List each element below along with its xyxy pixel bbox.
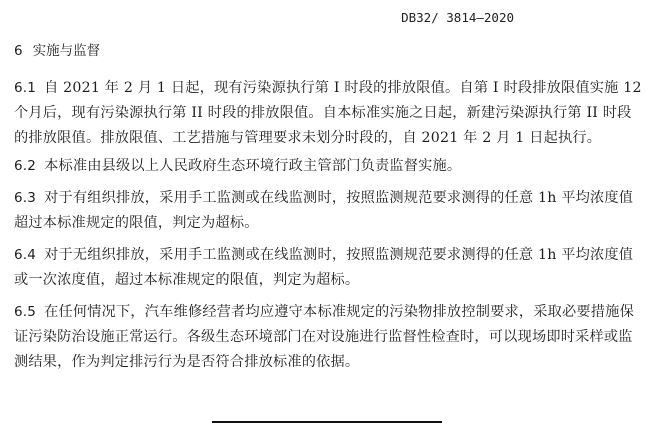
paragraph-6-2: 6.2本标准由县级以上人民政府生态环境行政主管部门负责监督实施。 (14, 154, 644, 179)
end-rule-divider (212, 421, 442, 423)
paragraph-6-5: 6.5在任何情况下，汽车维修经营者均应遵守本标准规定的污染物排放控制要求，采取必… (14, 300, 644, 375)
paragraph-text: 对于有组织排放，采用手工监测或在线监测时，按照监测规范要求测得的任意 1h 平均… (14, 190, 633, 231)
paragraph-text: 对于无组织排放，采用手工监测或在线监测时，按照监测规范要求测得的任意 1h 平均… (14, 247, 633, 288)
paragraph-text: 在任何情况下，汽车维修经营者均应遵守本标准规定的污染物排放控制要求，采取必要措施… (14, 304, 634, 370)
paragraph-text: 自 2021 年 2 月 1 日起，现有污染源执行第 I 时段的排放限值。自第 … (14, 80, 642, 146)
paragraph-6-3: 6.3对于有组织排放，采用手工监测或在线监测时，按照监测规范要求测得的任意 1h… (14, 186, 644, 236)
paragraph-text: 本标准由县级以上人民政府生态环境行政主管部门负责监督实施。 (44, 158, 461, 174)
paragraph-number: 6.3 (14, 190, 36, 206)
paragraph-number: 6.1 (14, 80, 36, 96)
paragraph-6-4: 6.4对于无组织排放，采用手工监测或在线监测时，按照监测规范要求测得的任意 1h… (14, 243, 644, 293)
paragraph-number: 6.5 (14, 304, 36, 320)
section-number: 6 (14, 43, 23, 59)
paragraph-number: 6.4 (14, 247, 36, 263)
paragraph-6-1: 6.1自 2021 年 2 月 1 日起，现有污染源执行第 I 时段的排放限值。… (14, 76, 644, 151)
section-heading: 6实施与监督 (14, 39, 100, 59)
paragraph-number: 6.2 (14, 158, 36, 174)
section-title: 实施与监督 (33, 43, 101, 59)
standard-code: DB32/ 3814—2020 (401, 10, 514, 25)
